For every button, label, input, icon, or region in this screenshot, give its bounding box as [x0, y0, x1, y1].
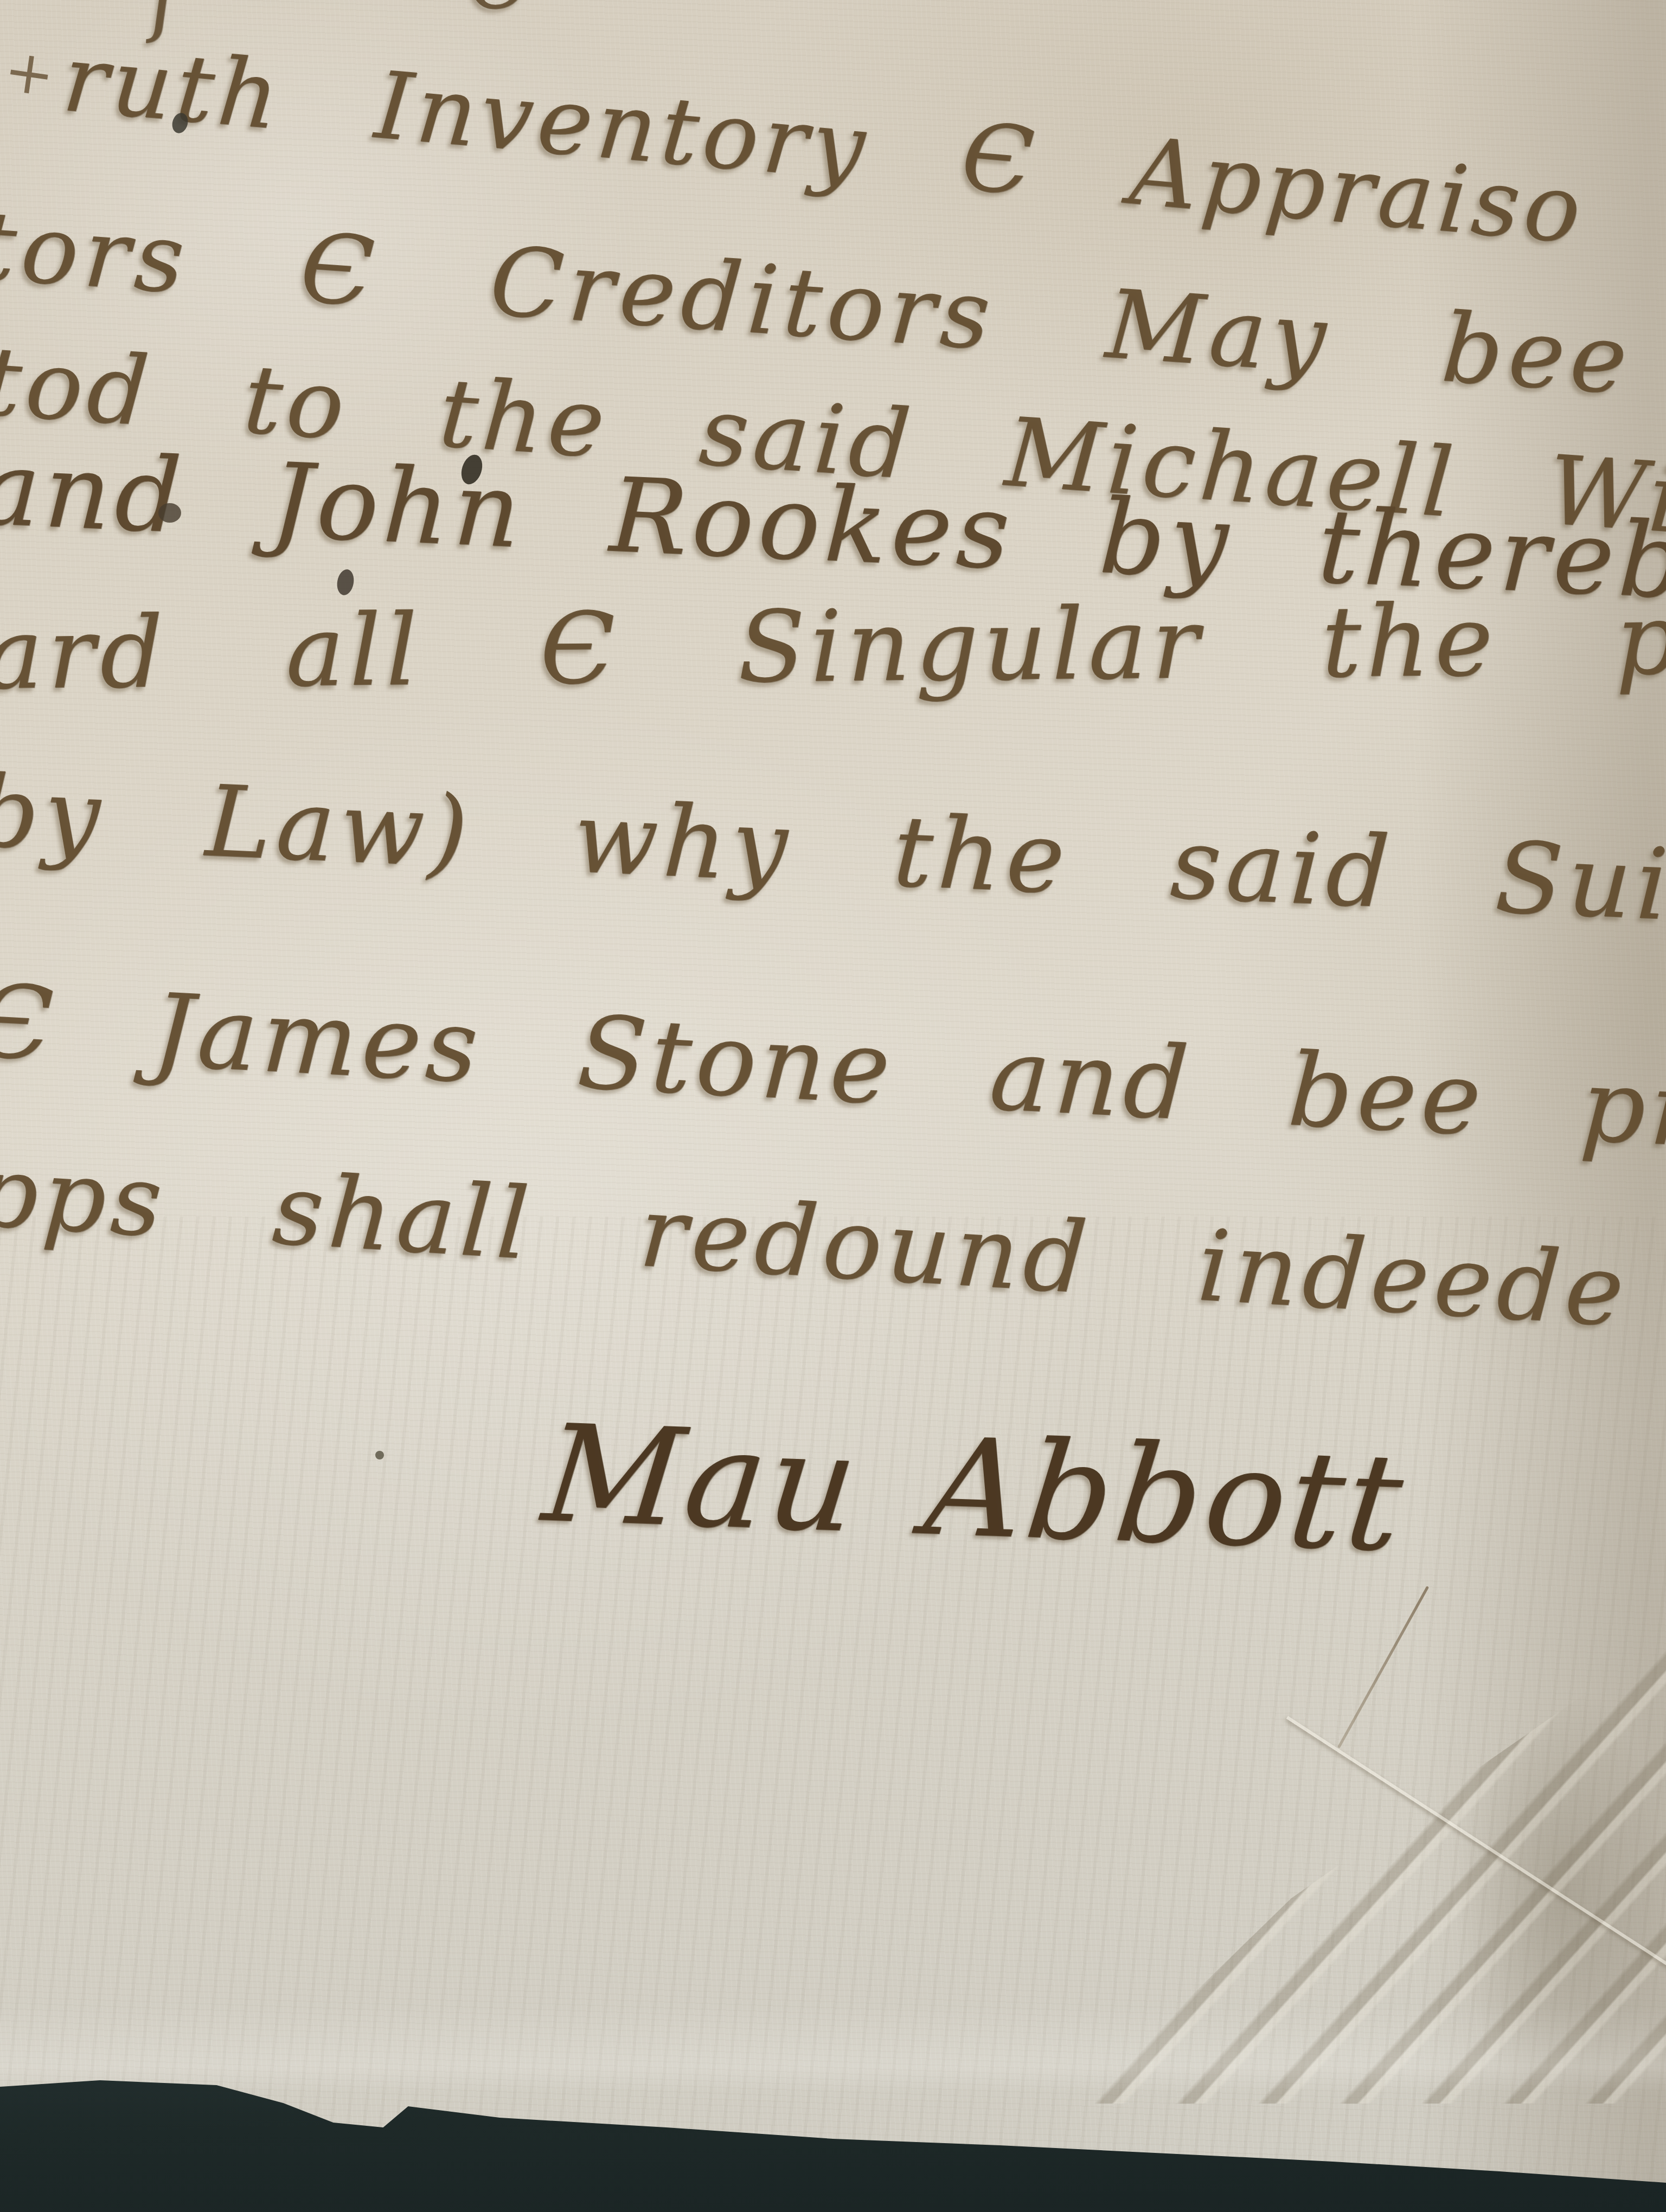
ink-speck [158, 503, 181, 523]
manuscript-line: ard all Є Singular the pr [0, 589, 1666, 703]
torn-edge-highlight [0, 2006, 1666, 2093]
manuscript-photo: + f Є wholtis ruth Inventory Є Appraiso … [0, 0, 1666, 2212]
ink-speck [375, 1451, 384, 1459]
signature-text: Mau Abbott [537, 1396, 1413, 1581]
marginal-cross-mark: + [0, 35, 59, 111]
